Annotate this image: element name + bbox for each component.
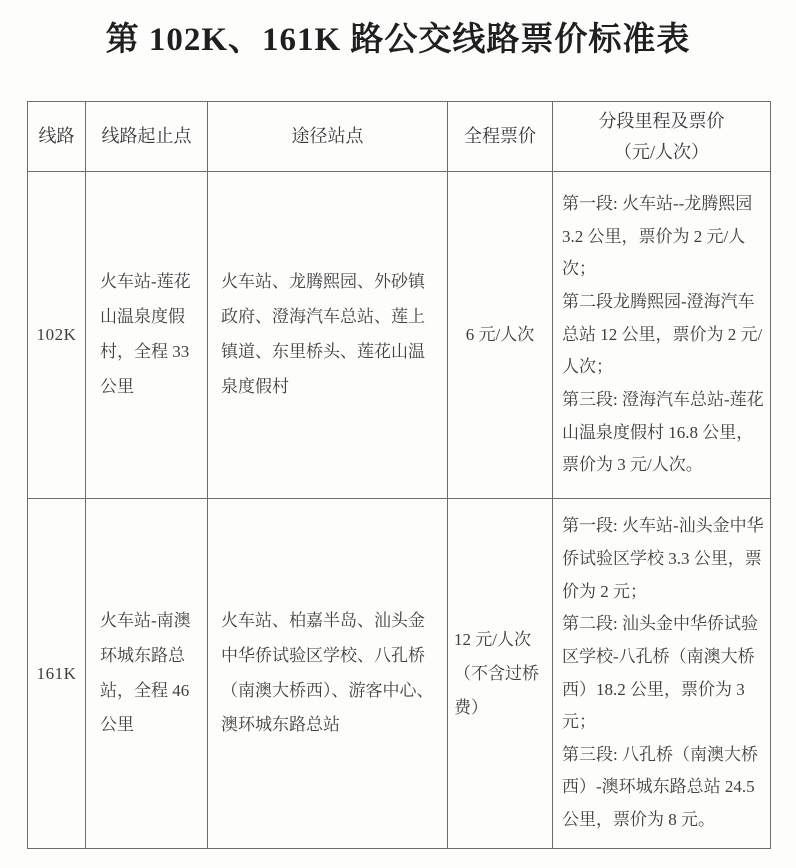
full-fare-cell-102k: 6 元/人次 — [448, 172, 553, 499]
table-row-102k: 102K 火车站-莲花山温泉度假村，全程 33 公里 火车站、龙腾熙园、外砂镇政… — [28, 172, 771, 499]
full-fare-text-102k: 6 元/人次 — [466, 318, 534, 352]
header-segment-fare-line1: 分段里程及票价 — [554, 106, 769, 137]
endpoints-text-161k: 火车站-南澳环城东路总站，全程 46 公里 — [100, 604, 201, 743]
full-fare-cell-161k: 12 元/人次（不含过桥费） — [448, 499, 553, 849]
segment-3-161k: 第三段: 八孔桥（南澳大桥西）-澳环城东路总站 24.5 公里，票价为 8 元。 — [562, 739, 766, 837]
header-route: 线路 — [28, 102, 86, 172]
full-fare-text-161k: 12 元/人次（不含过桥费） — [454, 623, 546, 725]
stations-text-102k: 火车站、龙腾熙园、外砂镇政府、澄海汽车总站、莲上镇道、东里桥头、莲花山温泉度假村 — [221, 265, 439, 404]
endpoints-cell-161k: 火车站-南澳环城东路总站，全程 46 公里 — [86, 499, 208, 849]
header-stations: 途径站点 — [208, 102, 448, 172]
document-page: 第 102K、161K 路公交线路票价标准表 线路 线路起止点 途径站点 全程票… — [0, 0, 796, 868]
route-number-161k: 161K — [28, 499, 86, 849]
segment-3-102k: 第三段: 澄海汽车总站-莲花山温泉度假村 16.8 公里，票价为 3 元/人次。 — [562, 384, 766, 482]
segment-fare-cell-161k: 第一段: 火车站-汕头金中华侨试验区学校 3.3 公里，票价为 2 元； 第二段… — [553, 499, 771, 849]
page-title: 第 102K、161K 路公交线路票价标准表 — [0, 0, 796, 60]
segment-2-102k: 第二段龙腾熙园-澄海汽车总站 12 公里，票价为 2 元/人次； — [562, 286, 766, 384]
header-full-fare: 全程票价 — [448, 102, 553, 172]
route-number-102k: 102K — [28, 172, 86, 499]
stations-text-161k: 火车站、柏嘉半岛、汕头金中华侨试验区学校、八孔桥（南澳大桥西）、游客中心、澳环城… — [221, 604, 439, 743]
header-segment-fare: 分段里程及票价 （元/人次） — [553, 102, 771, 172]
stations-cell-161k: 火车站、柏嘉半岛、汕头金中华侨试验区学校、八孔桥（南澳大桥西）、游客中心、澳环城… — [208, 499, 448, 849]
header-endpoints: 线路起止点 — [86, 102, 208, 172]
segment-1-102k: 第一段: 火车站--龙腾熙园 3.2 公里，票价为 2 元/人次； — [562, 188, 766, 286]
segment-1-161k: 第一段: 火车站-汕头金中华侨试验区学校 3.3 公里，票价为 2 元； — [562, 510, 766, 608]
stations-cell-102k: 火车站、龙腾熙园、外砂镇政府、澄海汽车总站、莲上镇道、东里桥头、莲花山温泉度假村 — [208, 172, 448, 499]
endpoints-text-102k: 火车站-莲花山温泉度假村，全程 33 公里 — [100, 265, 201, 404]
header-segment-fare-line2: （元/人次） — [554, 137, 769, 168]
table-header-row: 线路 线路起止点 途径站点 全程票价 分段里程及票价 （元/人次） — [28, 102, 771, 172]
segment-2-161k: 第二段: 汕头金中华侨试验区学校-八孔桥（南澳大桥西）18.2 公里，票价为 3… — [562, 608, 766, 739]
endpoints-cell-102k: 火车站-莲花山温泉度假村，全程 33 公里 — [86, 172, 208, 499]
table-row-161k: 161K 火车站-南澳环城东路总站，全程 46 公里 火车站、柏嘉半岛、汕头金中… — [28, 499, 771, 849]
fare-table: 线路 线路起止点 途径站点 全程票价 分段里程及票价 （元/人次） 102K 火… — [27, 101, 771, 849]
segment-fare-cell-102k: 第一段: 火车站--龙腾熙园 3.2 公里，票价为 2 元/人次； 第二段龙腾熙… — [553, 172, 771, 499]
